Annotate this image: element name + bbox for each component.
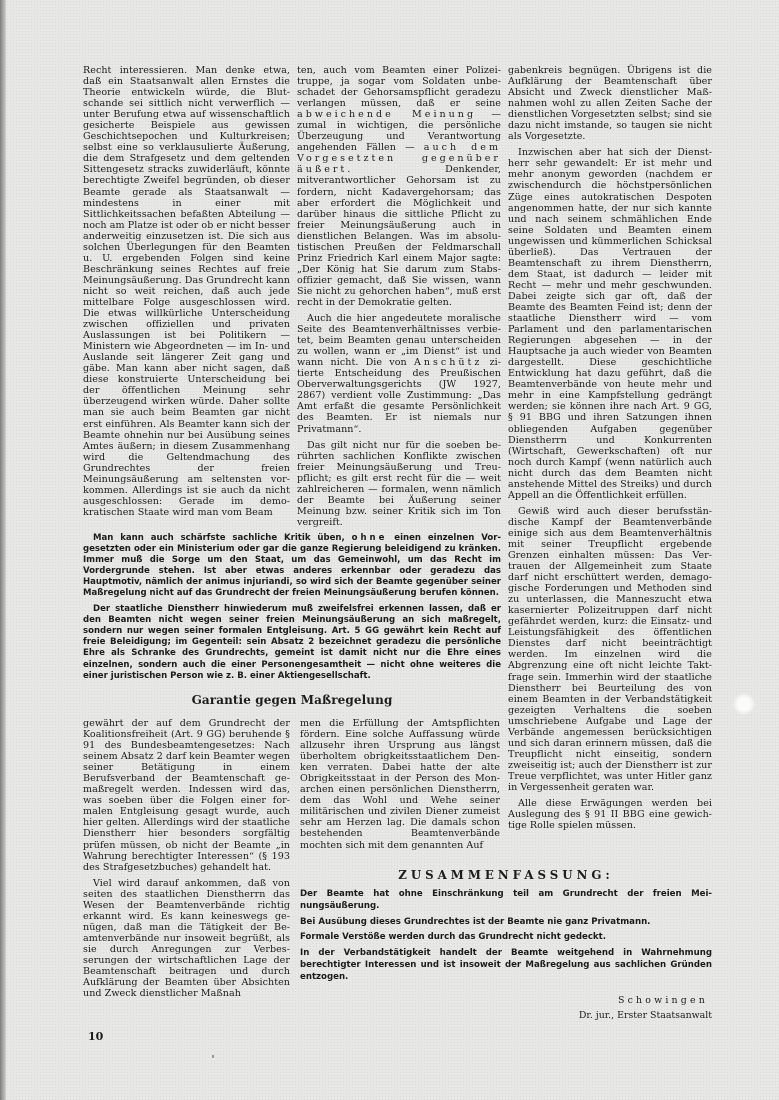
column-2: ten, auch vom Beamten einer Polizei­trup… (297, 65, 501, 528)
column-3-paragraph-1: gabenkreis begnügen. Übrigens ist die Au… (508, 65, 712, 142)
column-3-paragraph-4: Alle diese Erwägungen werden bei Auslegu… (508, 798, 712, 831)
column-2-paragraph-1: ten, auch vom Beamten einer Polizei­trup… (297, 65, 501, 308)
scan-left-edge (0, 0, 6, 1100)
column-3-paragraph-3: Gewiß wird auch dieser berufsstän­dische… (508, 506, 712, 793)
summary-title: ZUSAMMENFASSUNG: (300, 868, 712, 882)
document-page: Recht interessieren. Man denke etwa, daß… (0, 0, 779, 1100)
column-1: Recht interessieren. Man denke etwa, daß… (83, 65, 290, 518)
column-1-paragraph: Recht interessieren. Man denke etwa, daß… (83, 65, 290, 518)
bold-paragraph-2: Der staatliche Dienstherr hinwiederum mu… (83, 604, 501, 681)
section-heading: Garantie gegen Maßregelung (83, 693, 501, 707)
scan-artifact-dot (212, 1055, 214, 1058)
summary-item: Formale Verstöße werden durch das Grundr… (300, 931, 712, 943)
column-2-paragraph-2: Auch die hier angedeutete moralische Sei… (297, 313, 501, 435)
summary-item: Bei Ausübung dieses Grundrechtes ist der… (300, 916, 712, 928)
emphasis-spaced: abweichende Meinung (297, 109, 476, 120)
summary-block: Der Beamte hat ohne Einschränkung teil a… (300, 888, 712, 987)
column-3: gabenkreis begnügen. Übrigens ist die Au… (508, 65, 712, 831)
lower-column-1-paragraph-1: gewährt der auf dem Grundrecht der Koali… (83, 718, 290, 873)
summary-item: In der Verbandstätigkeit handelt der Bea… (300, 947, 712, 984)
lower-column-1-paragraph-2: Viel wird darauf ankommen, daß von seite… (83, 878, 290, 1000)
emphasized-bold-block: Man kann auch schärfste sachliche Kritik… (83, 533, 501, 682)
signature: Schowingen Dr. jur., Erster Staatsanwalt (560, 993, 712, 1023)
bold-paragraph-1: Man kann auch schärfste sachliche Kritik… (83, 533, 501, 599)
author-title: Dr. jur., Erster Staatsanwalt (560, 1008, 712, 1023)
emphasis-spaced: ohne (352, 533, 388, 543)
lower-column-2: men die Erfüllung der Amtspflichten förd… (300, 718, 500, 851)
lower-column-1: gewährt der auf dem Grundrecht der Koali… (83, 718, 290, 999)
column-2-paragraph-3: Das gilt nicht nur für die soeben be­rüh… (297, 440, 501, 528)
column-3-paragraph-2: Inzwischen aber hat sich der Dienst­herr… (508, 147, 712, 501)
scan-artifact-spot (733, 693, 755, 715)
author-name-spaced: Anschütz (414, 357, 482, 368)
author-name: Schowingen (560, 993, 712, 1008)
summary-item: Der Beamte hat ohne Einschränkung teil a… (300, 888, 712, 913)
lower-column-2-paragraph-1: men die Erfüllung der Amtspflichten förd… (300, 718, 500, 851)
page-number: 10 (88, 1030, 103, 1043)
